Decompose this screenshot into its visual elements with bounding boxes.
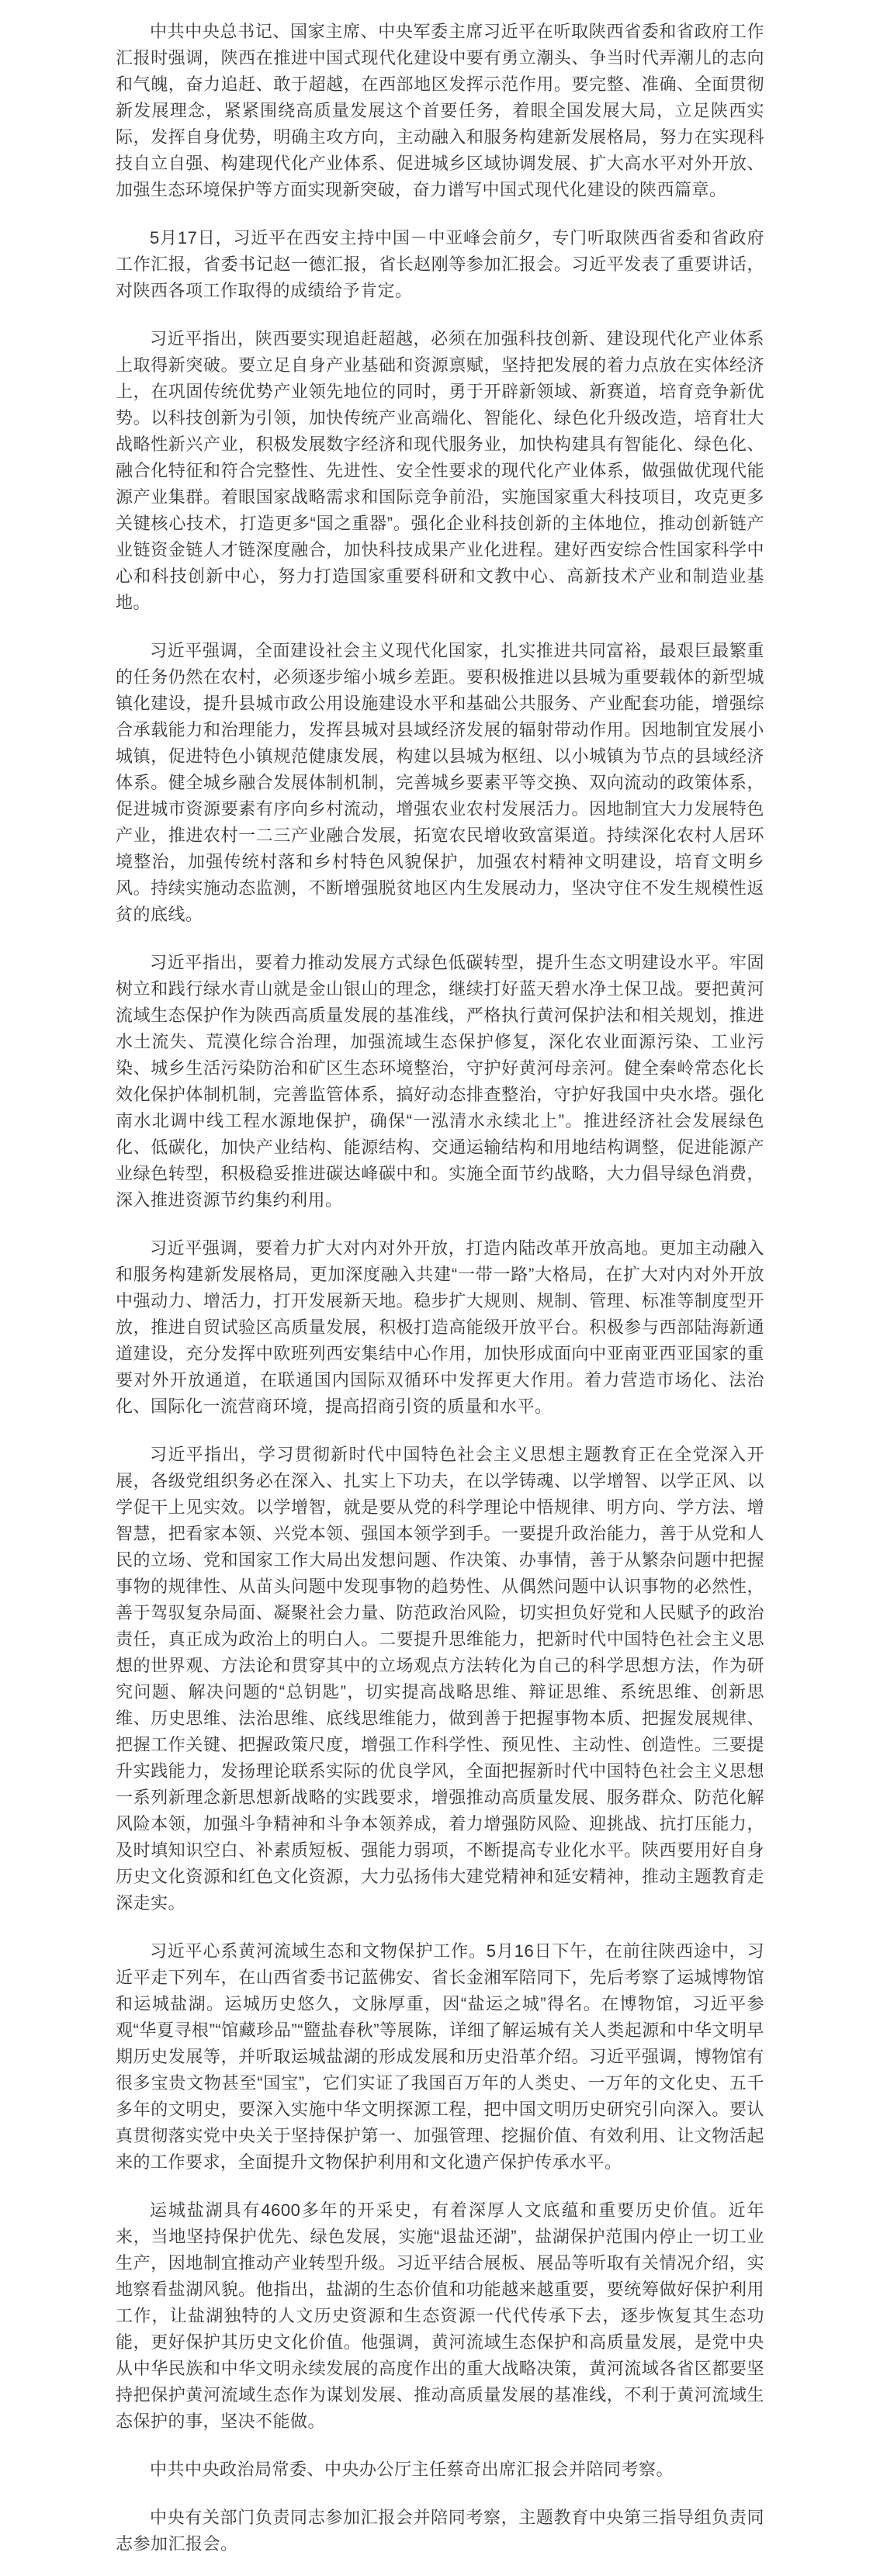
paragraph: 中央有关部门负责同志参加汇报会并陪同考察，主题教育中央第三指导组负责同志参加汇报… (116, 2505, 764, 2557)
paragraph: 习近平指出，要着力推动发展方式绿色低碳转型，提升生态文明建设水平。牢固树立和践行… (116, 950, 764, 1214)
paragraph: 中共中央政治局常委、中央办公厅主任蔡奇出席汇报会并陪同考察。 (116, 2457, 764, 2483)
paragraph: 习近平心系黄河流域生态和文物保护工作。5月16日下午，在前往陕西途中，习近平走下… (116, 1938, 764, 2176)
paragraph: 习近平指出，陕西要实现追赶超越，必须在加强科技创新、建设现代化产业体系上取得新突… (116, 326, 764, 616)
paragraph: 5月17日，习近平在西安主持中国－中亚峰会前夕，专门听取陕西省委和省政府工作汇报… (116, 225, 764, 304)
paragraph: 习近平强调，全面建设社会主义现代化国家，扎实推进共同富裕，最艰巨最繁重的任务仍然… (116, 638, 764, 928)
article-page: 中共中央总书记、国家主席、中央军委主席习近平在听取陕西省委和省政府工作汇报时强调… (0, 0, 880, 2576)
paragraph: 中共中央总书记、国家主席、中央军委主席习近平在听取陕西省委和省政府工作汇报时强调… (116, 19, 764, 203)
paragraph: 习近平指出，学习贯彻新时代中国特色社会主义思想主题教育正在全党深入开展，各级党组… (116, 1442, 764, 1916)
paragraph: 习近平强调，要着力扩大对内对外开放，打造内陆改革开放高地。更加主动融入和服务构建… (116, 1235, 764, 1420)
paragraph: 运城盐湖具有4600多年的开采史，有着深厚人文底蕴和重要历史价值。近年来，当地坚… (116, 2197, 764, 2435)
article-body: 中共中央总书记、国家主席、中央军委主席习近平在听取陕西省委和省政府工作汇报时强调… (116, 19, 764, 2557)
